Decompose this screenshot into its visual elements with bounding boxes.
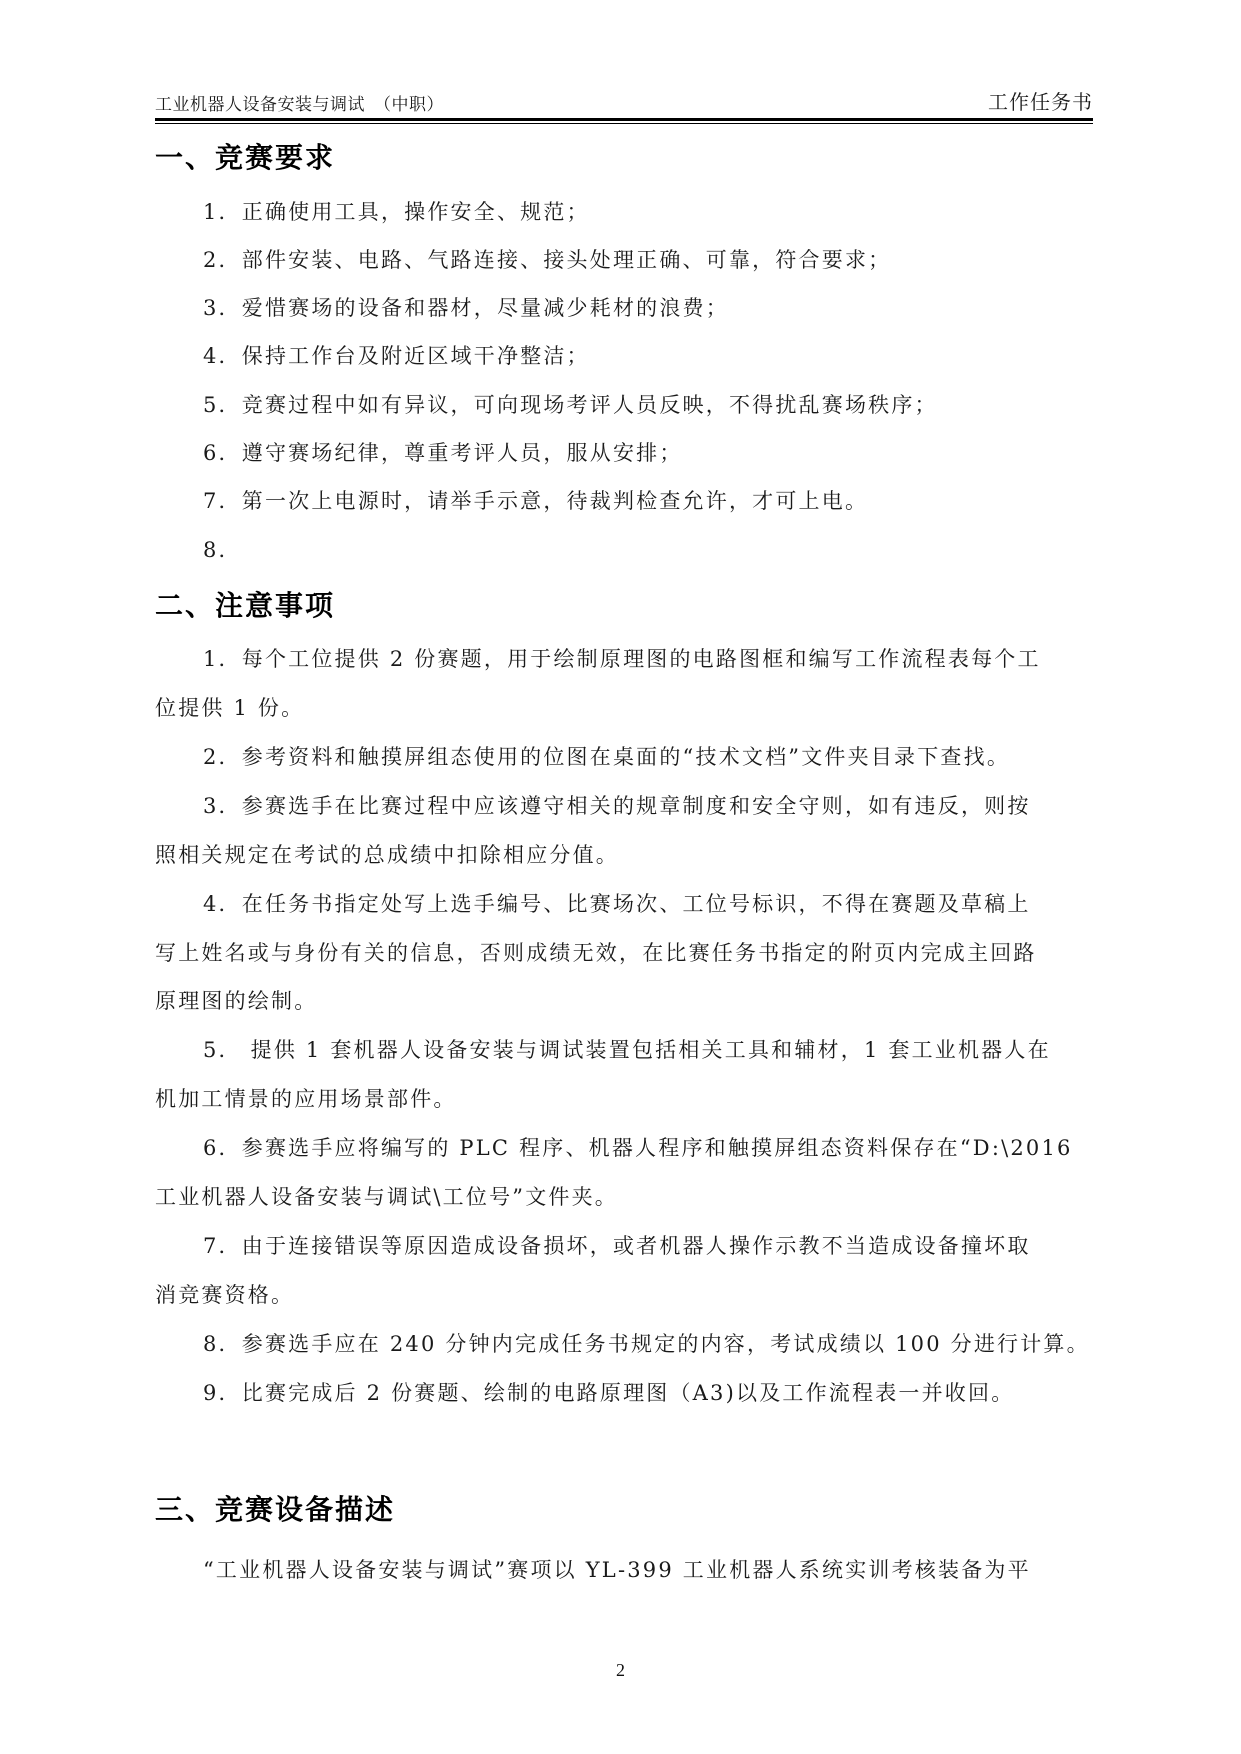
note-item-1-line-2: 位提供 1 份。 [155,692,1093,722]
requirement-item-8: 8． [155,534,1141,564]
section-heading-notes: 二、注意事项 [155,584,335,624]
requirement-item-1: 1．正确使用工具，操作安全、规范； [155,196,1141,226]
header-divider-thick [155,118,1093,121]
note-item-4-line-1: 4．在任务书指定处写上选手编号、比赛场次、工位号标识，不得在赛题及草稿上 [155,888,1141,918]
note-item-5-line-2: 机加工情景的应用场景部件。 [155,1083,1093,1113]
requirement-item-5: 5．竞赛过程中如有异议，可向现场考评人员反映，不得扰乱赛场秩序； [155,389,1141,419]
requirement-item-4: 4．保持工作台及附近区域干净整洁； [155,340,1141,370]
note-item-4-line-3: 原理图的绘制。 [155,985,1093,1015]
note-item-5-line-1: 5． 提供 1 套机器人设备安装与调试装置包括相关工具和辅材，1 套工业机器人在 [155,1034,1141,1064]
equipment-intro-line-1: “工业机器人设备安装与调试”赛项以 YL-399 工业机器人系统实训考核装备为平 [155,1554,1141,1584]
note-item-6-line-2: 工业机器人设备安装与调试\工位号”文件夹。 [155,1181,1093,1211]
header-doc-type: 工作任务书 [988,86,1093,115]
running-header: 工业机器人设备安装与调试 （中职） 工作任务书 [155,86,1093,116]
note-item-3-line-1: 3．参赛选手在比赛过程中应该遵守相关的规章制度和安全守则，如有违反，则按 [155,790,1141,820]
requirement-item-2: 2．部件安装、电路、气路连接、接头处理正确、可靠，符合要求； [155,244,1141,274]
note-item-9-line-1: 9．比赛完成后 2 份赛题、绘制的电路原理图（A3)以及工作流程表一并收回。 [155,1377,1141,1407]
note-item-7-line-1: 7．由于连接错误等原因造成设备损坏，或者机器人操作示教不当造成设备撞坏取 [155,1230,1141,1260]
note-item-2-line-1: 2．参考资料和触摸屏组态使用的位图在桌面的“技术文档”文件夹目录下查找。 [155,741,1141,771]
note-item-1-line-1: 1．每个工位提供 2 份赛题，用于绘制原理图的电路图框和编写工作流程表每个工 [155,643,1141,673]
document-page: 工业机器人设备安装与调试 （中职） 工作任务书 一、竞赛要求 1．正确使用工具，… [0,0,1241,1754]
note-item-7-line-2: 消竞赛资格。 [155,1279,1093,1309]
section-heading-competition-requirements: 一、竞赛要求 [155,136,335,176]
section-heading-equipment-description: 三、竞赛设备描述 [155,1488,395,1528]
header-divider-thin [155,123,1093,124]
note-item-6-line-1: 6．参赛选手应将编写的 PLC 程序、机器人程序和触摸屏组态资料保存在“D:\2… [155,1132,1141,1162]
note-item-4-line-2: 写上姓名或与身份有关的信息，否则成绩无效，在比赛任务书指定的附页内完成主回路 [155,937,1093,967]
note-item-3-line-2: 照相关规定在考试的总成绩中扣除相应分值。 [155,839,1093,869]
header-course-title: 工业机器人设备安装与调试 （中职） [155,90,444,115]
requirement-item-7: 7．第一次上电源时，请举手示意，待裁判检查允许，才可上电。 [155,485,1141,515]
page-number: 2 [0,1660,1241,1681]
note-item-8-line-1: 8．参赛选手应在 240 分钟内完成任务书规定的内容，考试成绩以 100 分进行… [155,1328,1141,1358]
requirement-item-6: 6．遵守赛场纪律，尊重考评人员，服从安排； [155,437,1141,467]
requirement-item-3: 3．爱惜赛场的设备和器材，尽量减少耗材的浪费； [155,292,1141,322]
